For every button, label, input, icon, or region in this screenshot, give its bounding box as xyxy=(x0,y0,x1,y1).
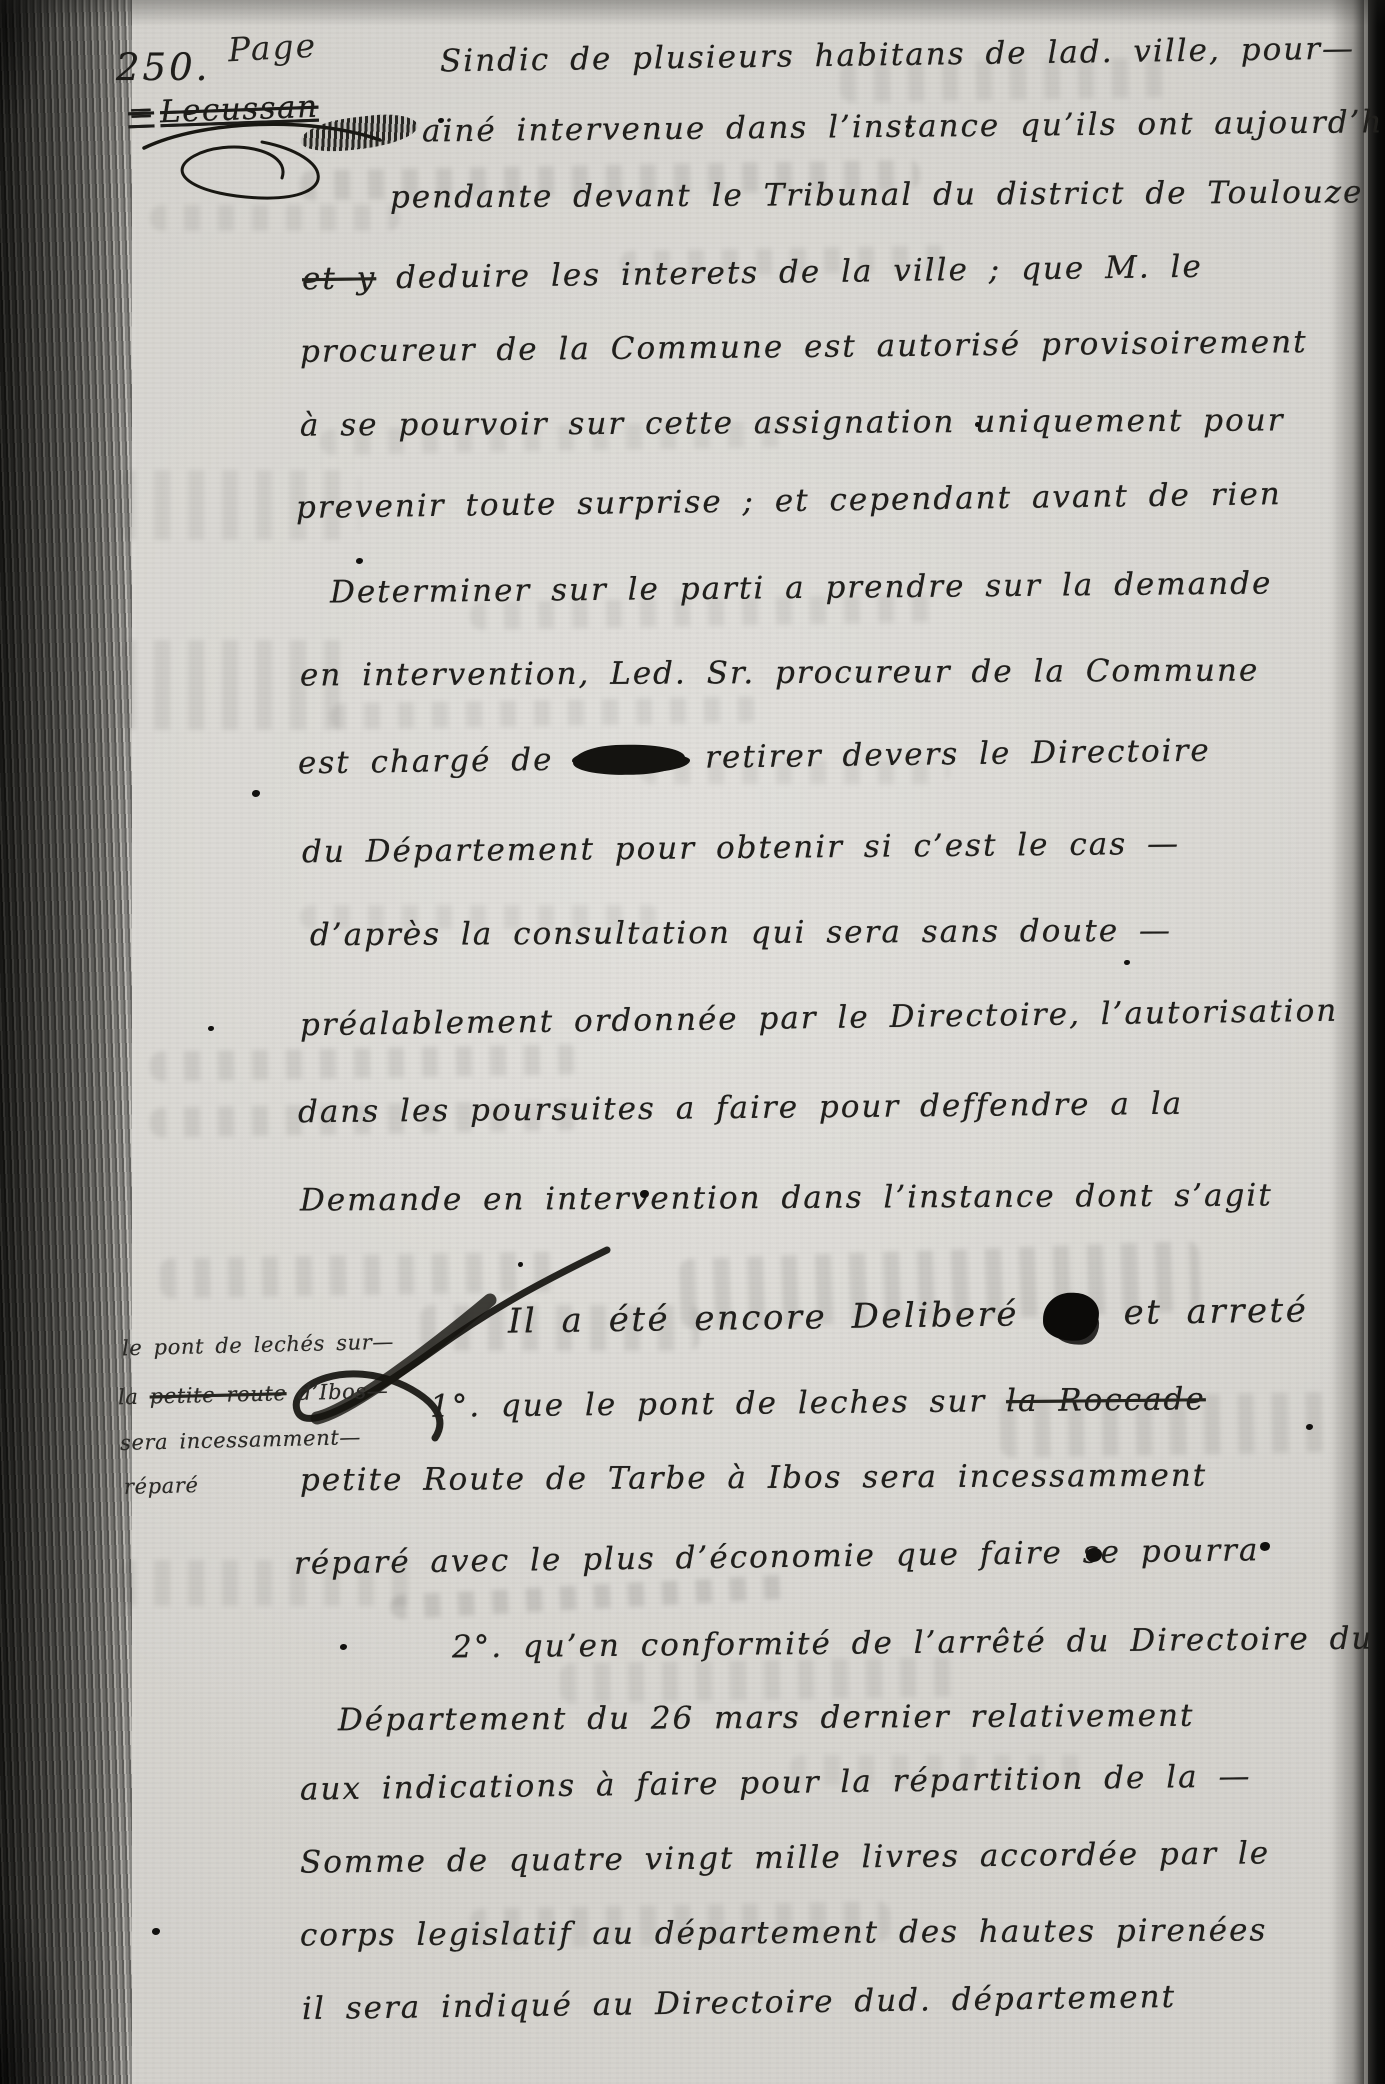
manuscript-line: est chargé de retirer devers le Directoi… xyxy=(298,736,1211,780)
ink-blot-large xyxy=(1043,1292,1100,1341)
margin-note-line: le pont de lechés sur— xyxy=(122,1332,394,1360)
manuscript-line: corps legislatif au département des haut… xyxy=(300,1915,1268,1951)
line-text: pendante devant le Tribunal du district … xyxy=(390,174,1364,215)
ink-speck xyxy=(152,1928,160,1935)
keyword-dash-prefix: = xyxy=(127,94,154,131)
manuscript-line: Somme de quatre vingt mille livres accor… xyxy=(300,1838,1270,1878)
header-script-word: Page xyxy=(227,26,318,70)
line-text: petite Route de Tarbe à Ibos sera incess… xyxy=(300,1458,1207,1499)
manuscript-line: Il a été encore Deliberé et arreté xyxy=(508,1289,1309,1348)
manuscript-line: procureur de la Commune est autorisé pro… xyxy=(300,327,1308,368)
ink-blot xyxy=(573,744,685,776)
ink-speck xyxy=(208,1026,214,1031)
struck-text: petite route xyxy=(149,1381,286,1408)
ink-speck xyxy=(1124,960,1130,965)
line-text: 1°. que le pont de leches sur xyxy=(430,1383,1006,1425)
page-number: 250. xyxy=(116,46,210,89)
manuscript-line: et y deduire les interets de la ville ; … xyxy=(302,252,1203,296)
manuscript-line: 2°. qu’en conformité de l’arrêté du Dire… xyxy=(452,1624,1374,1664)
manuscript-line: 1°. que le pont de leches sur la Roccade xyxy=(430,1384,1206,1422)
line-text: la xyxy=(118,1385,150,1410)
line-text: Somme de quatre vingt mille livres accor… xyxy=(300,1835,1271,1880)
line-text: ainé intervenue dans l’instance qu’ils o… xyxy=(422,103,1385,149)
line-text: à se pourvoir sur cette assignation uniq… xyxy=(300,402,1285,443)
line-text: et arreté xyxy=(1099,1290,1309,1333)
line-text: en intervention, Led. Sr. procureur de l… xyxy=(300,652,1259,693)
struck-text: et y xyxy=(302,260,377,297)
margin-note-line: sera incessamment— xyxy=(120,1427,361,1454)
ink-speck xyxy=(356,558,363,564)
struck-text: la Roccade xyxy=(1006,1381,1206,1419)
line-text: d’après la consultation qui sera sans do… xyxy=(310,913,1172,954)
margin-note-line: réparé xyxy=(124,1475,199,1498)
ink-speck xyxy=(1306,1424,1313,1430)
line-text: sera incessamment— xyxy=(120,1425,361,1455)
ink-speck xyxy=(340,1644,347,1650)
line-text: préalablement ordonnée par le Directoire… xyxy=(300,993,1339,1043)
line-text: procureur de la Commune est autorisé pro… xyxy=(300,324,1308,370)
line-text: aux indications à faire pour la répartit… xyxy=(300,1758,1252,1807)
bleedthrough-smudge xyxy=(390,1575,791,1620)
manuscript-line: du Département pour obtenir si c’est le … xyxy=(302,829,1180,868)
line-text: est chargé de xyxy=(298,742,574,782)
page-edge-right-shadow xyxy=(1330,0,1385,2084)
manuscript-line: Sindic de plusieurs habitans de lad. vil… xyxy=(440,34,1355,78)
bleedthrough-smudge xyxy=(330,696,760,730)
line-text: corps legislatif au département des haut… xyxy=(300,1912,1268,1953)
margin-keyword: =Lecussan xyxy=(127,89,319,132)
manuscript-scan: 250. Page =Lecussan le pont de lechés su… xyxy=(0,0,1385,2084)
manuscript-line: il sera indiqué au Directoire dud. dépar… xyxy=(302,1982,1176,2025)
line-text: retirer devers le Directoire xyxy=(685,733,1211,776)
manuscript-line: prevenir toute surprise ; et cependant a… xyxy=(296,479,1282,524)
bleedthrough-smudge xyxy=(160,1252,561,1299)
line-text: 2°. qu’en conformité de l’arrêté du Dire… xyxy=(452,1621,1374,1666)
manuscript-line: Département du 26 mars dernier relativem… xyxy=(338,1701,1195,1736)
manuscript-line: Demande en intervention dans l’instance … xyxy=(300,1180,1273,1216)
top-edge-shadow xyxy=(0,0,1385,26)
keyword-text: Lecussan xyxy=(159,89,319,131)
manuscript-line: en intervention, Led. Sr. procureur de l… xyxy=(300,655,1259,691)
crossed-out-scribble xyxy=(299,110,420,155)
manuscript-line: préalablement ordonnée par le Directoire… xyxy=(300,996,1339,1041)
line-text: Demande en intervention dans l’instance … xyxy=(300,1177,1273,1218)
ink-speck xyxy=(252,790,260,797)
margin-note-line: la petite route d’Ibos— xyxy=(118,1381,389,1409)
line-text: du Département pour obtenir si c’est le … xyxy=(302,826,1180,870)
line-text: Determiner sur le parti a prendre sur la… xyxy=(330,565,1273,610)
line-text: prevenir toute surprise ; et cependant a… xyxy=(296,476,1282,526)
line-text: le pont de lechés sur— xyxy=(122,1330,394,1361)
line-text: réparé xyxy=(124,1473,199,1499)
line-text: d’Ibos— xyxy=(286,1379,388,1405)
manuscript-line: aux indications à faire pour la répartit… xyxy=(300,1761,1252,1805)
line-text: Département du 26 mars dernier relativem… xyxy=(338,1698,1195,1738)
manuscript-line: à se pourvoir sur cette assignation uniq… xyxy=(300,405,1285,441)
manuscript-line: réparé avec le plus d’économie que faire… xyxy=(294,1535,1260,1579)
bleedthrough-smudge xyxy=(150,1044,580,1082)
line-text: réparé avec le plus d’économie que faire… xyxy=(294,1532,1260,1581)
line-text: Sindic de plusieurs habitans de lad. vil… xyxy=(440,31,1355,80)
manuscript-line: dans les poursuites a faire pour deffend… xyxy=(298,1089,1183,1128)
manuscript-line: ainé intervenue dans l’instance qu’ils o… xyxy=(300,106,1385,149)
facing-page-edge-line xyxy=(1364,0,1368,2084)
line-text: deduire les interets de la ville ; que M… xyxy=(376,249,1203,297)
line-text: dans les poursuites a faire pour deffend… xyxy=(298,1086,1183,1130)
ink-speck xyxy=(1260,1542,1270,1551)
manuscript-line: Determiner sur le parti a prendre sur la… xyxy=(330,568,1273,608)
bleedthrough-smudge xyxy=(150,205,400,231)
binding-edge-left xyxy=(0,0,132,2084)
ink-speck xyxy=(518,1262,523,1267)
line-text: Il a été encore Deliberé xyxy=(508,1294,1044,1341)
manuscript-line: pendante devant le Tribunal du district … xyxy=(390,177,1364,213)
line-text: il sera indiqué au Directoire dud. dépar… xyxy=(302,1979,1176,2027)
manuscript-line: d’après la consultation qui sera sans do… xyxy=(310,916,1172,952)
manuscript-line: petite Route de Tarbe à Ibos sera incess… xyxy=(300,1461,1207,1497)
